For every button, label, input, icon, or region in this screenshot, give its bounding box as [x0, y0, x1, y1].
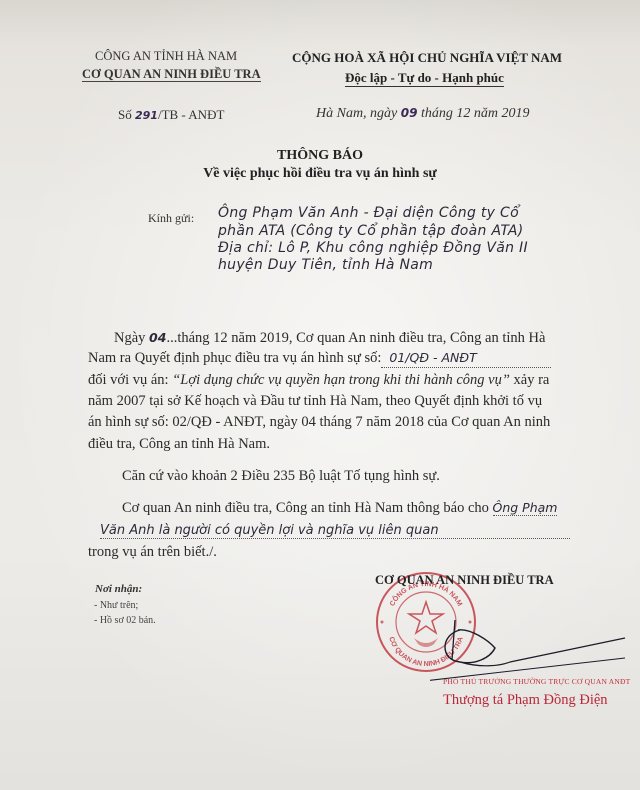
p1-line3-prefix: đối với vụ án: [88, 372, 172, 388]
date-day-handwritten: 09 [401, 106, 418, 120]
recipient-line: phần ATA (Công ty Cổ phần tập đoàn ATA) [218, 223, 524, 239]
p1-start: Ngày [114, 330, 149, 346]
body-line: đối với vụ án: “Lợi dụng chức vụ quyền h… [88, 372, 549, 389]
case-name: “Lợi dụng chức vụ quyền hạn trong khi th… [172, 372, 510, 388]
document-title: THÔNG BÁO [0, 148, 640, 164]
recipients-item: - Hồ sơ 02 bản. [94, 615, 156, 626]
p3-handwritten-1: Ông Phạm [493, 500, 558, 516]
body-line: án hình sự số: 02/QĐ - ANĐT, ngày 04 thá… [88, 414, 550, 431]
body-line: điều tra, Công an tỉnh Hà Nam. [88, 436, 270, 453]
agency-name-text: CƠ QUAN AN NINH ĐIỀU TRA [82, 67, 261, 82]
body-line: năm 2007 tại sở Kế hoạch và Đầu tư tỉnh … [88, 393, 542, 410]
body-line: Cơ quan An ninh điều tra, Công an tỉnh H… [122, 500, 557, 517]
doc-number-suffix: /TB - ANĐT [158, 107, 224, 122]
decision-number-handwritten: 01/QĐ - ANĐT [381, 350, 476, 365]
signer-role: PHÓ THỦ TRƯỞNG THƯỜNG TRỰC CƠ QUAN ANĐT [443, 677, 630, 686]
recipient-line: Địa chỉ: Lô P, Khu công nghiệp Đồng Văn … [218, 240, 528, 256]
p1-line2-prefix: Nam ra Quyết định phục điều tra vụ án hì… [88, 350, 381, 366]
signature-organization: CƠ QUAN AN NINH ĐIỀU TRA [375, 573, 554, 588]
body-line: Nam ra Quyết định phục điều tra vụ án hì… [88, 350, 551, 368]
document-subtitle: Về việc phục hồi điều tra vụ án hình sự [0, 166, 640, 182]
document-date: Hà Nam, ngày 09 tháng 12 năm 2019 [316, 106, 529, 122]
document-page: CÔNG AN TỈNH HÀ NAM CƠ QUAN AN NINH ĐIỀU… [0, 0, 640, 790]
date-suffix: tháng 12 năm 2019 [417, 106, 529, 121]
p3-handwritten-2: Văn Anh là người có quyền lợi và nghĩa v… [100, 523, 570, 539]
body-line: Văn Anh là người có quyền lợi và nghĩa v… [100, 522, 570, 539]
body-line: Ngày 04...tháng 12 năm 2019, Cơ quan An … [114, 330, 545, 347]
recipient-label: Kính gửi: [148, 211, 194, 226]
p1-day-handwritten: 04 [149, 330, 166, 345]
legal-basis: Căn cứ vào khoản 2 Điều 235 Bộ luật Tố t… [122, 468, 440, 485]
agency-parent: CÔNG AN TỈNH HÀ NAM [95, 49, 237, 64]
agency-name: CƠ QUAN AN NINH ĐIỀU TRA [82, 67, 261, 82]
national-motto: Độc lập - Tự do - Hạnh phúc [345, 70, 504, 87]
recipients-title: Nơi nhận: [95, 583, 142, 595]
recipient-line: huyện Duy Tiên, tỉnh Hà Nam [218, 257, 433, 273]
p1-line3-suffix: xảy ra [510, 372, 549, 388]
decision-number-field: 01/QĐ - ANĐT [381, 350, 551, 368]
country-name: CỘNG HOÀ XÃ HỘI CHỦ NGHĨA VIỆT NAM [292, 50, 562, 66]
p3-prefix: Cơ quan An ninh điều tra, Công an tỉnh H… [122, 500, 493, 516]
doc-number-prefix: Số [118, 107, 135, 122]
date-prefix: Hà Nam, ngày [316, 106, 401, 121]
recipient-line: Ông Phạm Văn Anh - Đại diện Công ty Cổ [218, 205, 519, 221]
recipients-item: - Như trên; [94, 600, 138, 611]
document-number: Số 291/TB - ANĐT [118, 107, 224, 123]
doc-number-handwritten: 291 [135, 109, 158, 122]
signer-name: Thượng tá Phạm Đồng Điện [443, 692, 608, 709]
p1-rest: ...tháng 12 năm 2019, Cơ quan An ninh đi… [166, 330, 545, 346]
body-line: trong vụ án trên biết./. [88, 544, 217, 561]
